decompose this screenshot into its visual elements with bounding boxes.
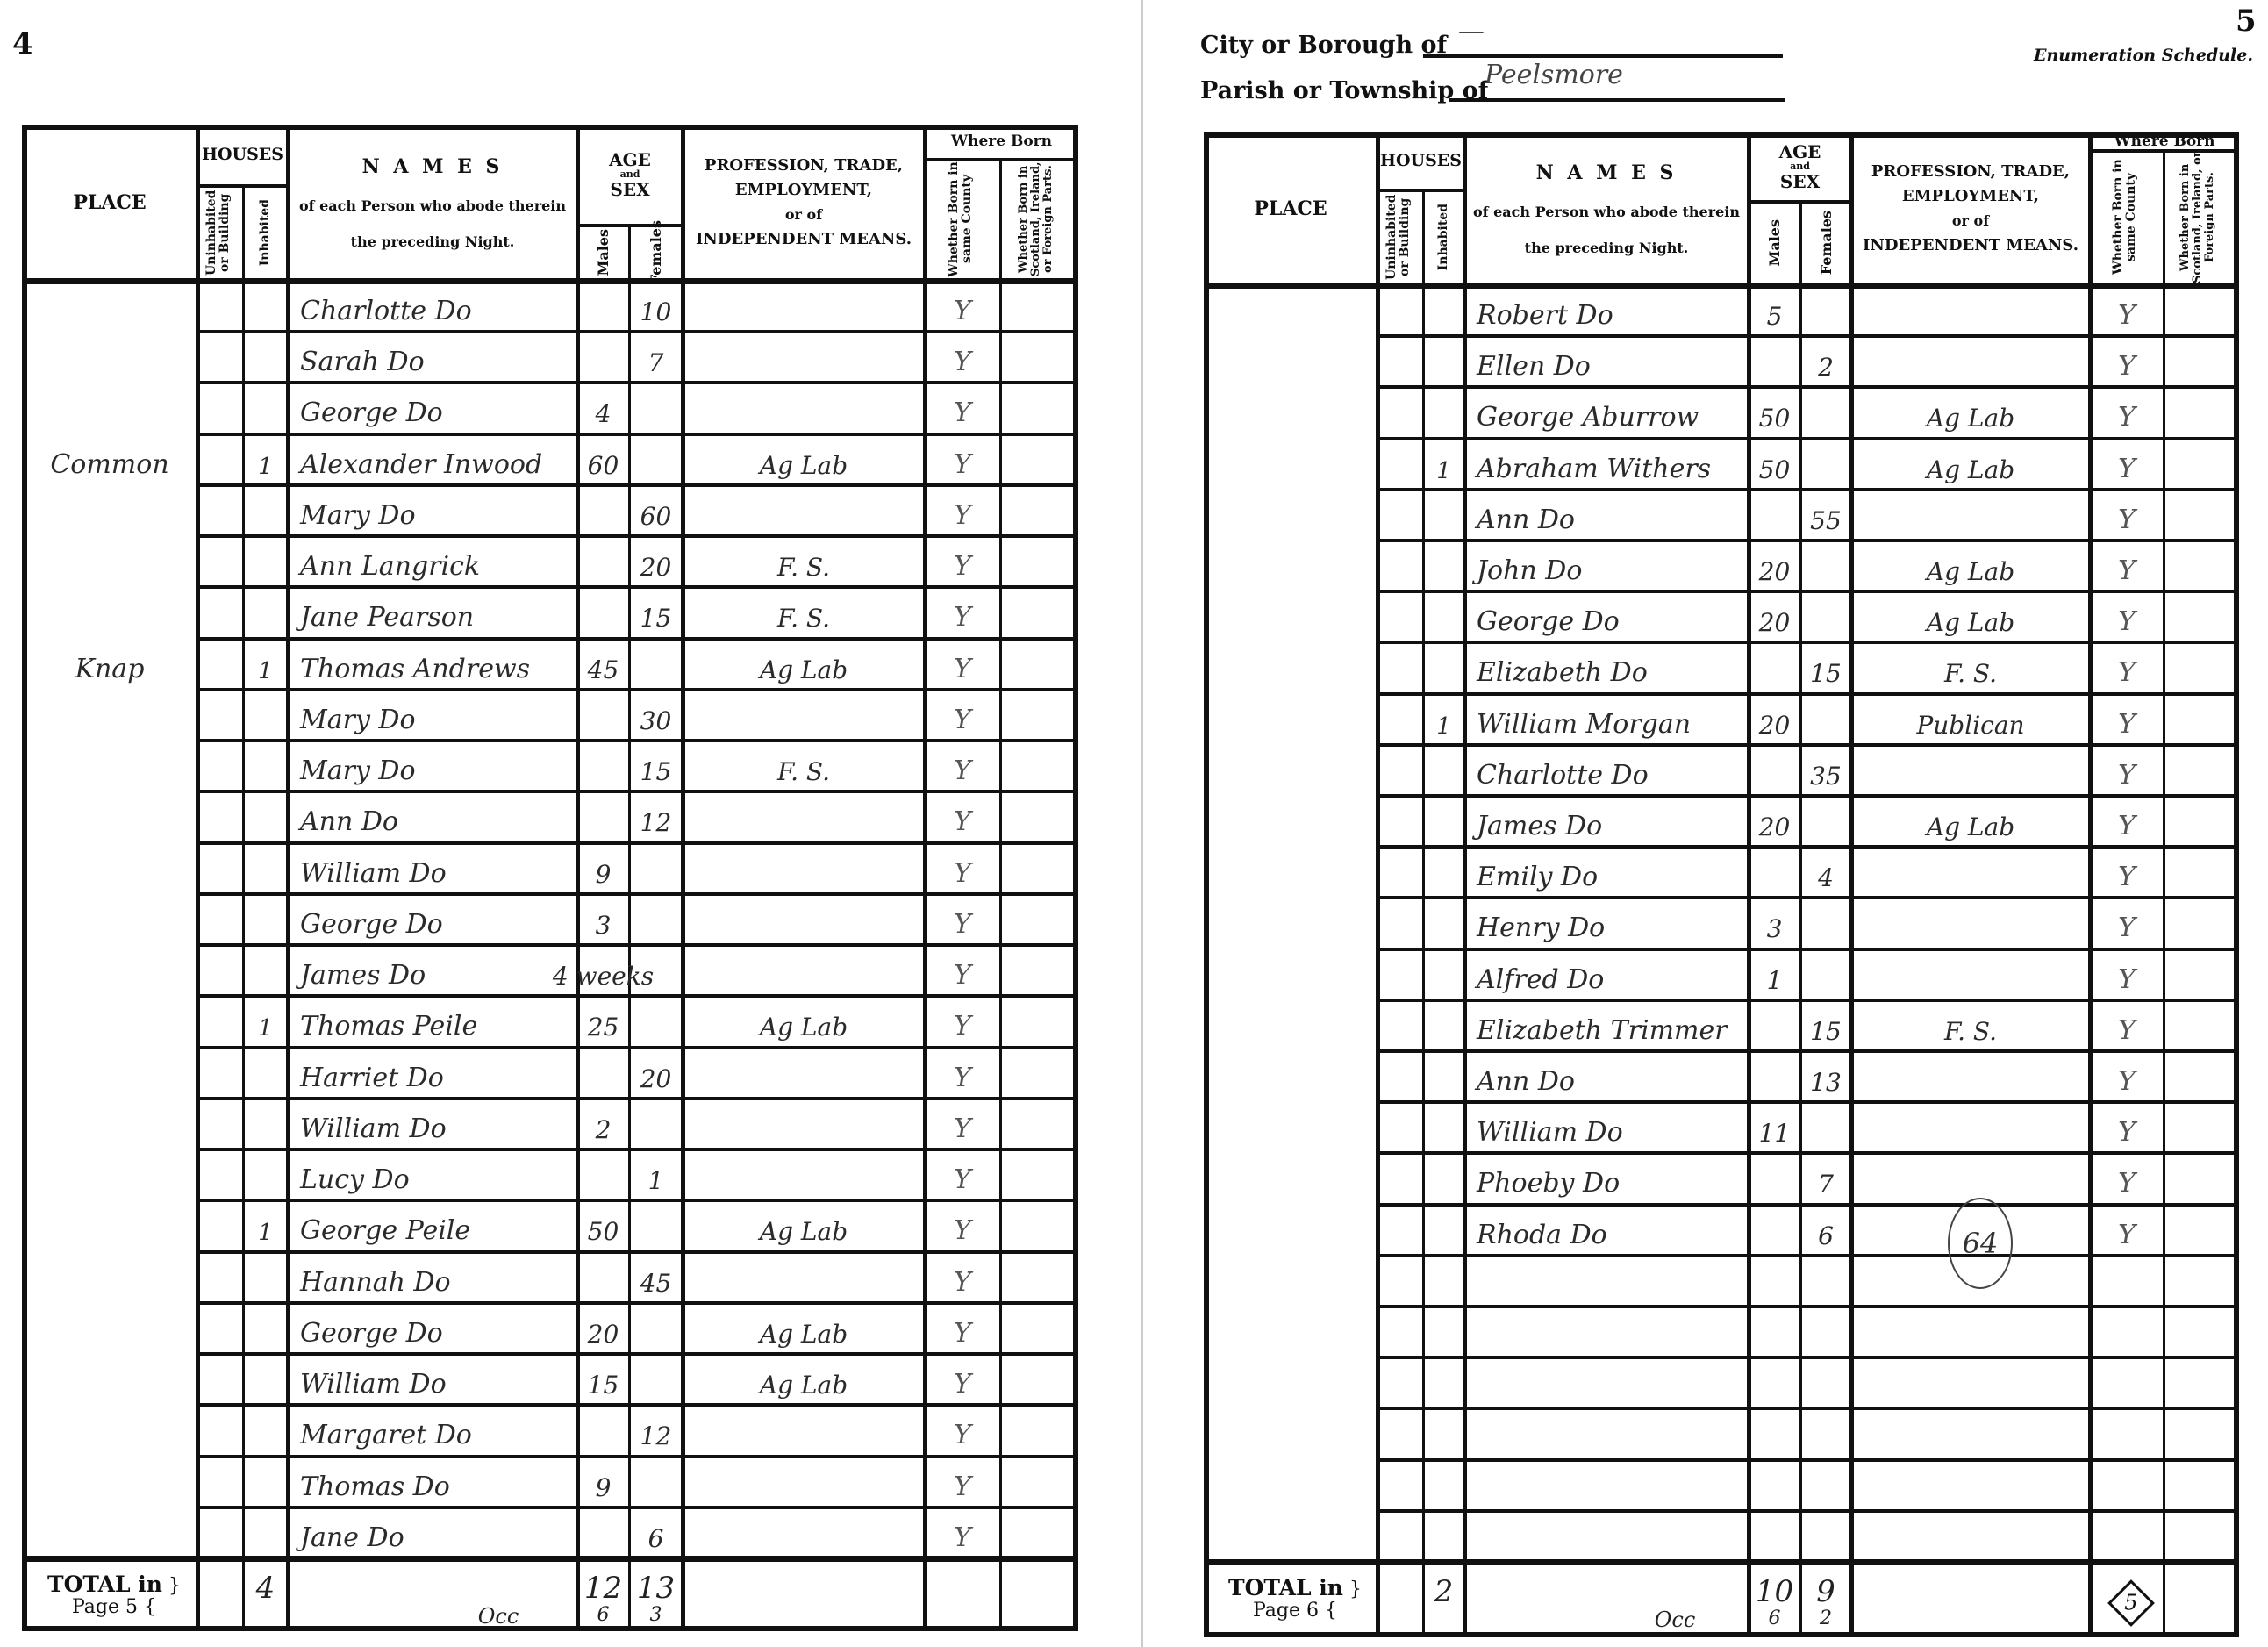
- table-row: [1204, 1256, 2239, 1307]
- male-age-cell: [577, 741, 629, 791]
- table-row: Common1Alexander Inwood60Ag LabY: [22, 434, 1078, 485]
- header-scotland-cell: Whether Born in Scotland, Ireland, or Fo…: [1000, 158, 1078, 281]
- parish-label: Parish or Township of: [1200, 77, 1488, 104]
- male-age-cell: [577, 791, 629, 842]
- same-county-cell: [2090, 1408, 2164, 1459]
- table-row: Mary Do15F. S.Y: [22, 741, 1078, 791]
- inhabited-cell: [243, 1303, 288, 1354]
- name-cell: Phoeby Do: [1464, 1153, 1749, 1204]
- name-cell: Sarah Do: [288, 332, 577, 383]
- table-row: George Aburrow50Ag LabY: [1204, 387, 2239, 438]
- same-county-cell: [2090, 1307, 2164, 1357]
- table-row: Mary Do60Y: [22, 485, 1078, 536]
- inhabited-cell: [1423, 642, 1464, 693]
- profession-cell: [683, 1099, 925, 1149]
- name-cell: Lucy Do: [288, 1149, 577, 1200]
- total-label: TOTAL in }Page 5 {: [39, 1574, 189, 1618]
- table-row: William Do11Y: [1204, 1102, 2239, 1153]
- profession-cell: F. S.: [683, 587, 925, 638]
- female-age-cell: 1: [629, 1149, 683, 1200]
- header-names: N A M E Sof each Person who abode therei…: [1464, 132, 1749, 285]
- header-females-cell: Females: [629, 224, 683, 281]
- table-row: 1George Peile50Ag LabY: [22, 1200, 1078, 1251]
- place-cell: [22, 1457, 197, 1507]
- header-same-county-cell: Whether Born in same County: [925, 158, 1000, 281]
- table-row: Hannah Do45Y: [22, 1252, 1078, 1303]
- place-cell: [22, 1099, 197, 1149]
- same-county-cell: Y: [925, 639, 1000, 690]
- same-county-cell: Y: [2090, 847, 2164, 898]
- profession-cell: [683, 1048, 925, 1099]
- female-age-cell: 20: [629, 536, 683, 587]
- male-age-cell: [1749, 1051, 1800, 1102]
- profession-cell: [1851, 1511, 2090, 1562]
- female-age-cell: [1800, 796, 1851, 847]
- place-cell: [1204, 541, 1377, 591]
- table-row: 1William Morgan20PublicanY: [1204, 694, 2239, 745]
- header-females: Females: [649, 220, 662, 284]
- inhabited-cell: [1423, 1307, 1464, 1357]
- inhabited-cell: [1423, 1000, 1464, 1051]
- profession-cell: [683, 485, 925, 536]
- place-cell: [1204, 898, 1377, 949]
- male-age-cell: 4 weeks: [577, 945, 629, 996]
- female-age-cell: [629, 843, 683, 894]
- male-age-cell: 20: [1749, 541, 1800, 591]
- female-age-cell: [629, 1457, 683, 1507]
- place-cell: [22, 1252, 197, 1303]
- female-age-cell: 4: [1800, 847, 1851, 898]
- header-text: PLACE: [1254, 197, 1327, 220]
- place-cell: [1204, 796, 1377, 847]
- same-county-cell: Y: [925, 485, 1000, 536]
- female-age-cell: [1800, 1102, 1851, 1153]
- header-inhabited: Inhabited: [1437, 204, 1450, 270]
- inhabited-cell: [243, 791, 288, 842]
- name-cell: George Peile: [288, 1200, 577, 1251]
- name-cell: Mary Do: [288, 741, 577, 791]
- total-males: 10: [1749, 1574, 1800, 1609]
- female-age-cell: 2: [1800, 336, 1851, 387]
- total-page-text: Page 6: [1253, 1600, 1319, 1622]
- inhabited-cell: [243, 741, 288, 791]
- same-county-cell: Y: [925, 1099, 1000, 1149]
- place-cell: [1204, 490, 1377, 541]
- name-cell: Harriet Do: [288, 1048, 577, 1099]
- header-houses: HOUSES: [1377, 132, 1464, 189]
- same-county-cell: Y: [2090, 1102, 2164, 1153]
- inhabited-cell: [243, 1354, 288, 1405]
- female-age-cell: 45: [629, 1252, 683, 1303]
- name-cell: Ellen Do: [1464, 336, 1749, 387]
- city-value: —: [1423, 16, 1485, 47]
- name-cell: Mary Do: [288, 485, 577, 536]
- header-text: the preceding Night.: [1525, 240, 1689, 256]
- total-males-sub: 6: [577, 1604, 629, 1626]
- male-age-cell: 20: [1749, 796, 1800, 847]
- parish-value: Peelsmore: [1449, 60, 1623, 90]
- city-field: —: [1423, 16, 1783, 58]
- header-houses: HOUSES: [197, 125, 288, 184]
- inhabited-cell: 1: [243, 639, 288, 690]
- table-row: Charlotte Do10Y: [22, 281, 1078, 332]
- header-same-county: Whether Born in same County: [948, 158, 977, 281]
- male-age-cell: [1749, 745, 1800, 796]
- male-age-cell: 5: [1749, 285, 1800, 336]
- place-cell: [22, 791, 197, 842]
- table-row: Sarah Do7Y: [22, 332, 1078, 383]
- table-row: [1204, 1357, 2239, 1408]
- profession-cell: [683, 1507, 925, 1558]
- header-males: Males: [1768, 219, 1781, 266]
- same-county-cell: [2090, 1256, 2164, 1307]
- profession-cell: [1851, 1307, 2090, 1357]
- male-age-cell: 50: [1749, 439, 1800, 490]
- place-cell: [22, 1200, 197, 1251]
- inhabited-cell: [243, 1048, 288, 1099]
- profession-cell: [1851, 1460, 2090, 1511]
- header-scotland: Whether Born in Scotland, Ireland, or Fo…: [1018, 158, 1062, 281]
- header-where-born: Where Born: [2090, 132, 2239, 149]
- female-age-cell: [1800, 387, 1851, 438]
- profession-cell: [1851, 1051, 2090, 1102]
- name-cell: Margaret Do: [288, 1405, 577, 1456]
- inhabited-cell: [1423, 745, 1464, 796]
- place-cell: [22, 1303, 197, 1354]
- name-cell: Robert Do: [1464, 285, 1749, 336]
- place-cell: [1204, 642, 1377, 693]
- inhabited-cell: [243, 1507, 288, 1558]
- male-age-cell: [577, 332, 629, 383]
- female-age-cell: [1800, 1357, 1851, 1408]
- table-row: Robert Do5Y: [1204, 285, 2239, 336]
- header-text: EMPLOYMENT,: [735, 181, 872, 199]
- same-county-cell: Y: [2090, 949, 2164, 1000]
- same-county-cell: Y: [2090, 1000, 2164, 1051]
- male-age-cell: [1749, 1153, 1800, 1204]
- profession-cell: [1851, 285, 2090, 336]
- header-females-cell: Females: [1800, 200, 1851, 285]
- inhabited-cell: [243, 945, 288, 996]
- same-county-cell: Y: [925, 1252, 1000, 1303]
- header-text: SEX: [1780, 171, 1820, 192]
- header-profession: PROFESSION, TRADE,EMPLOYMENT,or ofINDEPE…: [1851, 132, 2090, 285]
- inhabited-cell: [243, 843, 288, 894]
- profession-cell: [1851, 745, 2090, 796]
- header-text: N A M E S: [362, 155, 504, 178]
- same-county-cell: Y: [925, 996, 1000, 1047]
- header-text: HOUSES: [202, 145, 283, 164]
- name-cell: [1464, 1357, 1749, 1408]
- inhabited-cell: [243, 332, 288, 383]
- male-age-cell: 2: [577, 1099, 629, 1149]
- same-county-cell: Y: [2090, 285, 2164, 336]
- profession-cell: [1851, 1357, 2090, 1408]
- header-uninhabited-cell: Uninhabited or Building: [197, 184, 243, 281]
- inhabited-cell: 1: [243, 996, 288, 1047]
- male-age-cell: [577, 690, 629, 741]
- place-cell: [22, 1354, 197, 1405]
- profession-cell: Ag Lab: [1851, 439, 2090, 490]
- female-age-cell: 15: [629, 741, 683, 791]
- table-row: Jane Do6Y: [22, 1507, 1078, 1558]
- table-row: Ann Do12Y: [22, 791, 1078, 842]
- header-text: Where Born: [2114, 132, 2215, 150]
- inhabited-cell: [243, 587, 288, 638]
- table-row: 1Thomas Peile25Ag LabY: [22, 996, 1078, 1047]
- header-scotland: Whether Born in Scotland, Ireland, or Fo…: [2179, 149, 2223, 285]
- same-county-cell: Y: [2090, 591, 2164, 642]
- male-age-cell: 9: [577, 843, 629, 894]
- table-row: Margaret Do12Y: [22, 1405, 1078, 1456]
- male-age-cell: 25: [577, 996, 629, 1047]
- place-cell: [22, 843, 197, 894]
- total-note: Occ: [446, 1604, 551, 1629]
- parish-field: Peelsmore: [1449, 60, 1785, 102]
- female-age-cell: 30: [629, 690, 683, 741]
- place-cell: [1204, 1102, 1377, 1153]
- name-cell: Alexander Inwood: [288, 434, 577, 485]
- female-age-cell: [629, 1354, 683, 1405]
- table-row: [1204, 1307, 2239, 1357]
- name-cell: [1464, 1511, 1749, 1562]
- header-text: EMPLOYMENT,: [1902, 187, 2039, 205]
- female-age-cell: [1800, 541, 1851, 591]
- place-cell: [22, 741, 197, 791]
- table-row: James Do20Ag LabY: [1204, 796, 2239, 847]
- same-county-cell: Y: [2090, 336, 2164, 387]
- name-cell: George Do: [288, 1303, 577, 1354]
- table-row: [1204, 1460, 2239, 1511]
- header-females: Females: [1820, 211, 1833, 275]
- inhabited-cell: [243, 1099, 288, 1149]
- same-county-cell: [2090, 1357, 2164, 1408]
- inhabited-cell: [1423, 949, 1464, 1000]
- inhabited-cell: [1423, 541, 1464, 591]
- place-cell: Knap: [22, 639, 197, 690]
- name-cell: William Do: [288, 1354, 577, 1405]
- table-row: George Do3Y: [22, 894, 1078, 945]
- header-where-born: Where Born: [925, 125, 1078, 158]
- name-cell: Ann Do: [288, 791, 577, 842]
- inhabited-cell: [1423, 847, 1464, 898]
- male-age-cell: [577, 1252, 629, 1303]
- male-age-cell: 50: [1749, 387, 1800, 438]
- inhabited-cell: [1423, 1153, 1464, 1204]
- female-age-cell: 60: [629, 485, 683, 536]
- male-age-cell: 20: [1749, 591, 1800, 642]
- same-county-cell: Y: [925, 945, 1000, 996]
- table-row: George Do20Ag LabY: [1204, 591, 2239, 642]
- female-age-cell: 20: [629, 1048, 683, 1099]
- name-cell: William Do: [288, 843, 577, 894]
- total-page-text: Page 5: [72, 1596, 138, 1618]
- place-cell: [22, 281, 197, 332]
- female-age-cell: 15: [629, 587, 683, 638]
- name-cell: Rhoda Do: [1464, 1205, 1749, 1256]
- male-age-cell: 11: [1749, 1102, 1800, 1153]
- place-cell: [22, 332, 197, 383]
- male-age-cell: 4: [577, 383, 629, 433]
- page-number-left: 4: [12, 26, 33, 61]
- female-age-cell: [629, 996, 683, 1047]
- name-cell: William Do: [1464, 1102, 1749, 1153]
- table-row: Jane Pearson15F. S.Y: [22, 587, 1078, 638]
- table-row: Ellen Do2Y: [1204, 336, 2239, 387]
- inhabited-cell: [1423, 796, 1464, 847]
- same-county-cell: Y: [2090, 541, 2164, 591]
- name-cell: [1464, 1460, 1749, 1511]
- profession-cell: F. S.: [683, 536, 925, 587]
- total-label-text: TOTAL in: [1228, 1575, 1343, 1600]
- header-text: PROFESSION, TRADE,: [705, 156, 903, 175]
- place-cell: [22, 690, 197, 741]
- inhabited-cell: [243, 1252, 288, 1303]
- table-row: William Do2Y: [22, 1099, 1078, 1149]
- same-county-cell: Y: [925, 1457, 1000, 1507]
- page-number-right: 5: [2236, 4, 2257, 39]
- same-county-cell: Y: [925, 1200, 1000, 1251]
- male-age-cell: [1749, 1256, 1800, 1307]
- table-row: James Do4 weeksY: [22, 945, 1078, 996]
- inhabited-cell: [1423, 1460, 1464, 1511]
- female-age-cell: 13: [1800, 1051, 1851, 1102]
- inhabited-cell: 1: [243, 434, 288, 485]
- header-text: SEX: [610, 179, 649, 200]
- table-row: [1204, 1408, 2239, 1459]
- place-cell: [1204, 439, 1377, 490]
- male-age-cell: 45: [577, 639, 629, 690]
- total-label-text: TOTAL in: [47, 1572, 162, 1597]
- profession-cell: [1851, 336, 2090, 387]
- table-row: William Do15Ag LabY: [22, 1354, 1078, 1405]
- place-cell: [22, 996, 197, 1047]
- female-age-cell: [1800, 949, 1851, 1000]
- total-inhabited: 4: [243, 1571, 288, 1606]
- female-age-cell: 35: [1800, 745, 1851, 796]
- female-age-cell: [629, 945, 683, 996]
- total-males-sub: 6: [1749, 1608, 1800, 1629]
- female-age-cell: [1800, 898, 1851, 949]
- table-row: 1Abraham Withers50Ag LabY: [1204, 439, 2239, 490]
- female-age-cell: [629, 639, 683, 690]
- male-age-cell: [1749, 1000, 1800, 1051]
- male-age-cell: 1: [1749, 949, 1800, 1000]
- name-cell: George Do: [288, 894, 577, 945]
- male-age-cell: 20: [577, 1303, 629, 1354]
- place-cell: [22, 536, 197, 587]
- schedule-title: Enumeration Schedule.: [2034, 46, 2253, 65]
- header-scotland-cell: Whether Born in Scotland, Ireland, or Fo…: [2164, 149, 2239, 285]
- profession-cell: F. S.: [683, 741, 925, 791]
- table-row: Ann Do55Y: [1204, 490, 2239, 541]
- name-cell: James Do: [1464, 796, 1749, 847]
- inhabited-cell: [243, 1405, 288, 1456]
- place-cell: [22, 383, 197, 433]
- male-age-cell: [1749, 1357, 1800, 1408]
- name-cell: Jane Do: [288, 1507, 577, 1558]
- name-cell: Alfred Do: [1464, 949, 1749, 1000]
- table-row: William Do9Y: [22, 843, 1078, 894]
- inhabited-cell: [1423, 898, 1464, 949]
- same-county-cell: Y: [2090, 1205, 2164, 1256]
- profession-cell: [683, 1149, 925, 1200]
- name-cell: Henry Do: [1464, 898, 1749, 949]
- table-row: Knap1Thomas Andrews45Ag LabY: [22, 639, 1078, 690]
- name-cell: Mary Do: [288, 690, 577, 741]
- header-text: Where Born: [951, 132, 1052, 150]
- profession-cell: Ag Lab: [1851, 387, 2090, 438]
- same-county-cell: Y: [2090, 439, 2164, 490]
- place-cell: [1204, 1256, 1377, 1307]
- place-cell: [1204, 745, 1377, 796]
- male-age-cell: 20: [1749, 694, 1800, 745]
- place-cell: [22, 587, 197, 638]
- profession-cell: [683, 281, 925, 332]
- profession-cell: [683, 945, 925, 996]
- header-text: INDEPENDENT MEANS.: [696, 230, 912, 248]
- inhabited-cell: 1: [1423, 694, 1464, 745]
- place-cell: [1204, 949, 1377, 1000]
- male-age-cell: 3: [577, 894, 629, 945]
- header-place: PLACE: [1204, 132, 1377, 285]
- inhabited-cell: [243, 1149, 288, 1200]
- female-age-cell: [1800, 1256, 1851, 1307]
- same-county-cell: Y: [925, 434, 1000, 485]
- female-age-cell: 7: [1800, 1153, 1851, 1204]
- header-text: AGE: [1779, 141, 1821, 162]
- inhabited-cell: [1423, 490, 1464, 541]
- profession-cell: [1851, 898, 2090, 949]
- inhabited-cell: [243, 536, 288, 587]
- name-cell: [1464, 1307, 1749, 1357]
- female-age-cell: 6: [629, 1507, 683, 1558]
- inhabited-cell: 1: [243, 1200, 288, 1251]
- place-cell: [22, 894, 197, 945]
- male-age-cell: [1749, 1460, 1800, 1511]
- table-row: Mary Do30Y: [22, 690, 1078, 741]
- name-cell: Hannah Do: [288, 1252, 577, 1303]
- table-row: Elizabeth Do15F. S.Y: [1204, 642, 2239, 693]
- profession-cell: [1851, 949, 2090, 1000]
- header-text: or of: [785, 206, 822, 223]
- place-cell: [1204, 1000, 1377, 1051]
- name-cell: George Aburrow: [1464, 387, 1749, 438]
- header-text: the preceding Night.: [351, 233, 515, 250]
- female-age-cell: 15: [1800, 1000, 1851, 1051]
- name-cell: William Do: [288, 1099, 577, 1149]
- female-age-cell: [629, 1200, 683, 1251]
- same-county-cell: Y: [925, 894, 1000, 945]
- profession-cell: [683, 894, 925, 945]
- female-age-cell: [1800, 1511, 1851, 1562]
- profession-cell: Ag Lab: [683, 1303, 925, 1354]
- male-age-cell: [577, 281, 629, 332]
- profession-cell: [683, 1405, 925, 1456]
- table-row: George Do20Ag LabY: [22, 1303, 1078, 1354]
- name-cell: Charlotte Do: [288, 281, 577, 332]
- name-cell: Ann Do: [1464, 490, 1749, 541]
- header-uninhabited: Uninhabited or Building: [1385, 189, 1415, 285]
- header-age-sex: AGEandSEX: [1749, 132, 1851, 200]
- male-age-cell: [1749, 1511, 1800, 1562]
- name-cell: Thomas Andrews: [288, 639, 577, 690]
- total-label: TOTAL in }Page 6 {: [1221, 1578, 1369, 1622]
- male-age-cell: [577, 587, 629, 638]
- female-age-cell: 7: [629, 332, 683, 383]
- header-profession: PROFESSION, TRADE,EMPLOYMENT,or ofINDEPE…: [683, 125, 925, 281]
- profession-cell: [1851, 847, 2090, 898]
